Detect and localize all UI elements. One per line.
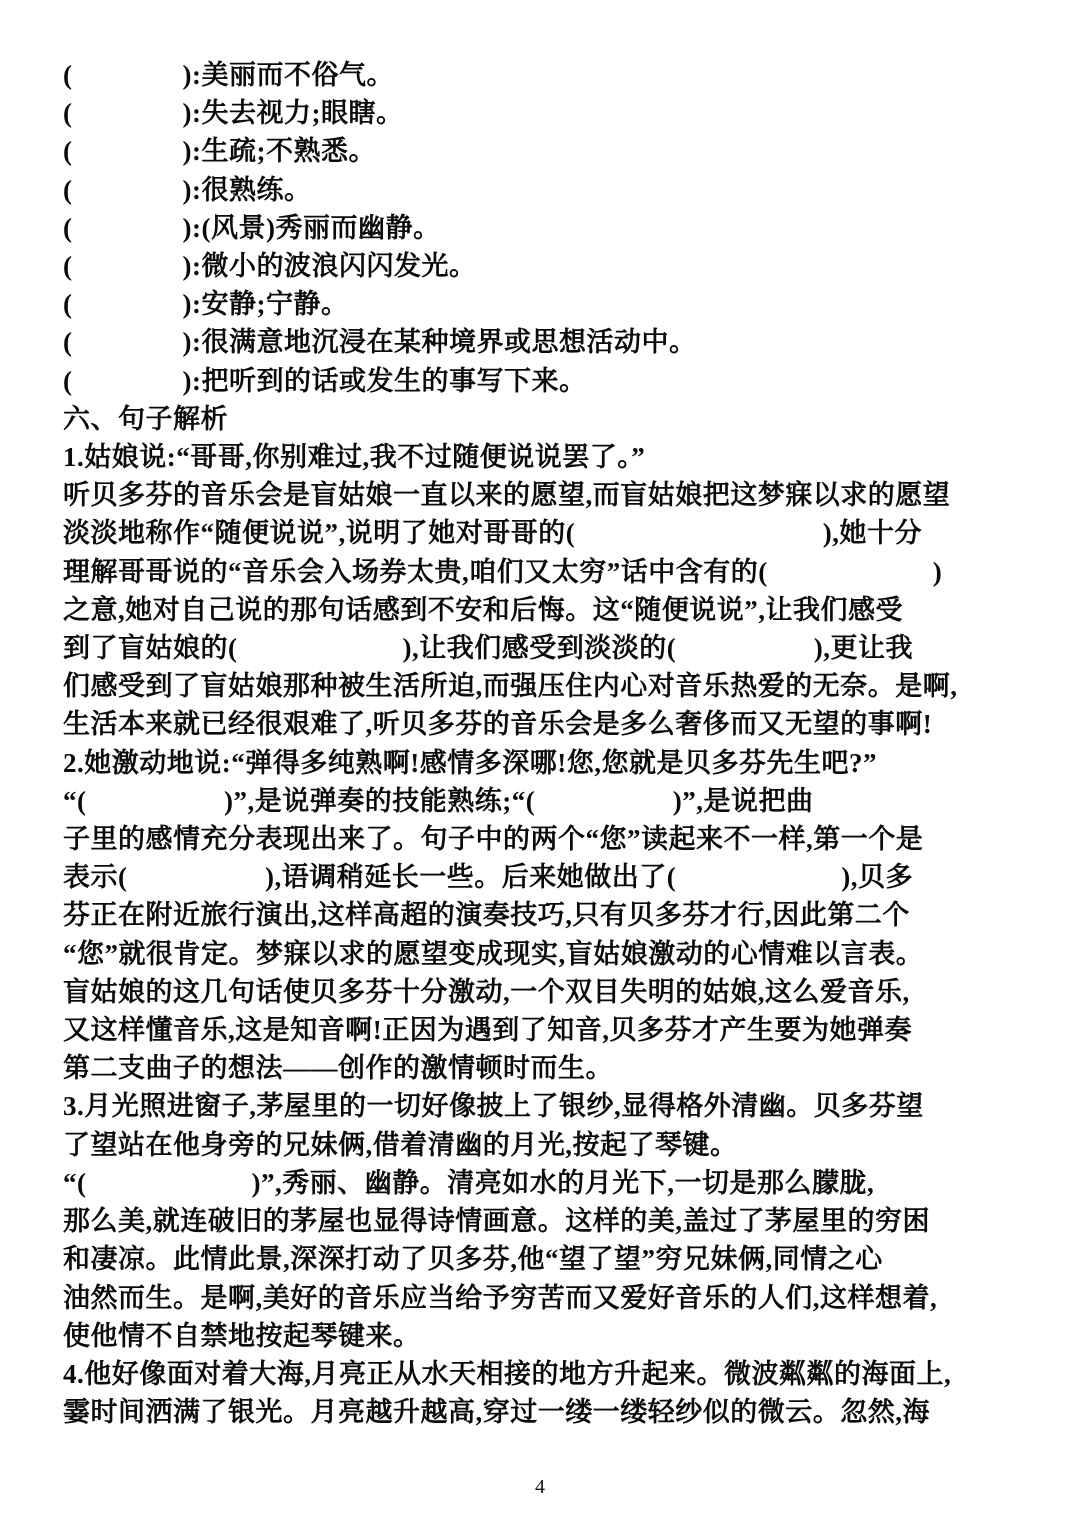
paragraph-line: 那么美,就连破旧的茅屋也显得诗情画意。这样的美,盖过了茅屋里的穷困 bbox=[63, 1202, 1038, 1240]
definition-line: ( ):失去视力;眼瞎。 bbox=[63, 94, 1038, 132]
paragraph-line: “( )”,是说弹奏的技能熟练;“( )”,是说把曲 bbox=[63, 782, 1038, 820]
sentence-analysis-section: 1.姑娘说:“哥哥,你别难过,我不过随便说说罢了。” 听贝多芬的音乐会是盲姑娘一… bbox=[63, 438, 1038, 1431]
paragraph-line: 第二支曲子的想法——创作的激情顿时而生。 bbox=[63, 1049, 1038, 1087]
paragraph-line: 又这样懂音乐,这是知音啊!正因为遇到了知音,贝多芬才产生要为她弹奏 bbox=[63, 1011, 1038, 1049]
definition-line: ( ):美丽而不俗气。 bbox=[63, 56, 1038, 94]
paragraph-line: 盲姑娘的这几句话使贝多芬十分激动,一个双目失明的姑娘,这么爱音乐, bbox=[63, 973, 1038, 1011]
worksheet-content: ( ):美丽而不俗气。 ( ):失去视力;眼瞎。 ( ):生疏;不熟悉。 ( )… bbox=[63, 56, 1038, 1431]
paragraph-line: “( )”,秀丽、幽静。清亮如水的月光下,一切是那么朦胧, bbox=[63, 1164, 1038, 1202]
definition-line: ( ):很熟练。 bbox=[63, 171, 1038, 209]
paragraph-line: 之意,她对自己说的那句话感到不安和后悔。这“随便说说”,让我们感受 bbox=[63, 591, 1038, 629]
definition-line: ( ):很满意地沉浸在某种境界或思想活动中。 bbox=[63, 323, 1038, 361]
definition-line: ( ):把听到的话或发生的事写下来。 bbox=[63, 362, 1038, 400]
definition-line: ( ):(风景)秀丽而幽静。 bbox=[63, 209, 1038, 247]
paragraph-line: 理解哥哥说的“音乐会入场券太贵,咱们又太穷”话中含有的( ) bbox=[63, 553, 1038, 591]
paragraph-line: 1.姑娘说:“哥哥,你别难过,我不过随便说说罢了。” bbox=[63, 438, 1038, 476]
paragraph-line: 使他情不自禁地按起琴键来。 bbox=[63, 1317, 1038, 1355]
page-number: 4 bbox=[0, 1476, 1080, 1499]
paragraph-line: 芬正在附近旅行演出,这样高超的演奏技巧,只有贝多芬才行,因此第二个 bbox=[63, 896, 1038, 934]
definitions-list: ( ):美丽而不俗气。 ( ):失去视力;眼瞎。 ( ):生疏;不熟悉。 ( )… bbox=[63, 56, 1038, 400]
paragraph-line: 子里的感情充分表现出来了。句子中的两个“您”读起来不一样,第一个是 bbox=[63, 820, 1038, 858]
paragraph-line: 淡淡地称作“随便说说”,说明了她对哥哥的( ),她十分 bbox=[63, 514, 1038, 552]
paragraph-line: 了望站在他身旁的兄妹俩,借着清幽的月光,按起了琴键。 bbox=[63, 1126, 1038, 1164]
definition-line: ( ):微小的波浪闪闪发光。 bbox=[63, 247, 1038, 285]
paragraph-line: 表示( ),语调稍延长一些。后来她做出了( ),贝多 bbox=[63, 858, 1038, 896]
paragraph-line: 油然而生。是啊,美好的音乐应当给予穷苦而又爱好音乐的人们,这样想着, bbox=[63, 1279, 1038, 1317]
definition-line: ( ):安静;宁静。 bbox=[63, 285, 1038, 323]
paragraph-line: “您”就很肯定。梦寐以求的愿望变成现实,盲姑娘激动的心情难以言表。 bbox=[63, 935, 1038, 973]
paragraph-line: 和凄凉。此情此景,深深打动了贝多芬,他“望了望”穷兄妹俩,同情之心 bbox=[63, 1240, 1038, 1278]
section-heading: 六、句子解析 bbox=[63, 400, 1038, 438]
paragraph-line: 听贝多芬的音乐会是盲姑娘一直以来的愿望,而盲姑娘把这梦寐以求的愿望 bbox=[63, 476, 1038, 514]
paragraph-line: 到了盲姑娘的( ),让我们感受到淡淡的( ),更让我 bbox=[63, 629, 1038, 667]
paragraph-line: 4.他好像面对着大海,月亮正从水天相接的地方升起来。微波粼粼的海面上, bbox=[63, 1355, 1038, 1393]
paragraph-line: 们感受到了盲姑娘那种被生活所迫,而强压住内心对音乐热爱的无奈。是啊, bbox=[63, 667, 1038, 705]
paragraph-line: 生活本来就已经很艰难了,听贝多芬的音乐会是多么奢侈而又无望的事啊! bbox=[63, 705, 1038, 743]
paragraph-line: 霎时间洒满了银光。月亮越升越高,穿过一缕一缕轻纱似的微云。忽然,海 bbox=[63, 1393, 1038, 1431]
paragraph-line: 2.她激动地说:“弹得多纯熟啊!感情多深哪!您,您就是贝多芬先生吧?” bbox=[63, 744, 1038, 782]
document-page: ( ):美丽而不俗气。 ( ):失去视力;眼瞎。 ( ):生疏;不熟悉。 ( )… bbox=[0, 0, 1080, 1527]
paragraph-line: 3.月光照进窗子,茅屋里的一切好像披上了银纱,显得格外清幽。贝多芬望 bbox=[63, 1087, 1038, 1125]
definition-line: ( ):生疏;不熟悉。 bbox=[63, 132, 1038, 170]
